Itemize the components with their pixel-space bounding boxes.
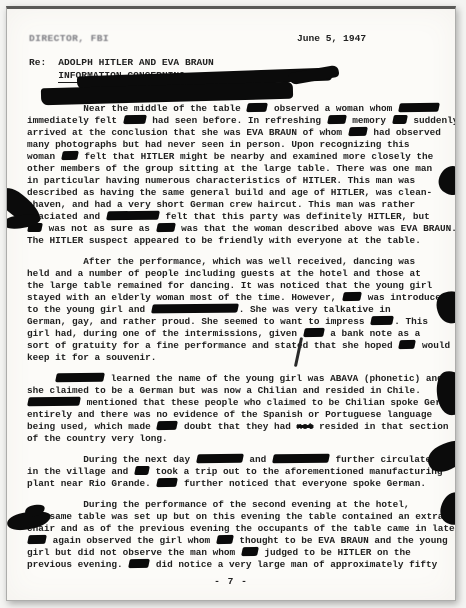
inline-redaction: [398, 340, 416, 349]
text-line: was not as sure as was that the woman de…: [27, 223, 451, 235]
text-line: she claimed to be a German but was now a…: [27, 385, 451, 397]
inline-redaction: [156, 223, 176, 232]
text-line: During the next day and further circulat…: [27, 454, 451, 466]
paragraph: During the performance of the second eve…: [27, 499, 451, 571]
text-line: being used, which made doubt that they h…: [27, 421, 451, 433]
text-line: emaciated and felt that this party was d…: [27, 211, 451, 223]
inline-redaction: [342, 292, 362, 301]
inline-redaction: [55, 373, 105, 383]
inline-redaction: [156, 478, 178, 487]
text-line: woman felt that HITLER might be nearby a…: [27, 151, 451, 163]
paragraph: After the performance, which was well re…: [27, 256, 451, 364]
text-line: in particular having numerous characteri…: [27, 175, 451, 187]
re-label: Re:: [29, 57, 46, 83]
text-line: After the performance, which was well re…: [27, 256, 451, 268]
paragraph: Near the middle of the table observed a …: [27, 103, 451, 247]
inline-redaction: [61, 151, 79, 160]
inline-redaction: [392, 115, 408, 124]
text-line: again observed the girl whom thought to …: [27, 535, 451, 547]
document-body: Near the middle of the table observed a …: [27, 103, 451, 580]
text-line: German, gay, and rather proud. She seeme…: [27, 316, 451, 328]
text-line: previous evening. did notice a very larg…: [27, 559, 451, 571]
inline-redaction: [370, 316, 394, 325]
date-line: June 5, 1947: [297, 33, 366, 44]
text-line: of the country very long.: [27, 433, 451, 445]
text-line: The HITLER suspect appeared to be friend…: [27, 235, 451, 247]
text-line: chair and as of the previous evening the…: [27, 523, 451, 535]
recipient-line: DIRECTOR, FBI: [29, 33, 109, 44]
inline-redaction: [327, 115, 347, 124]
text-line: described as having the same general bui…: [27, 187, 451, 199]
inline-redaction: [241, 547, 259, 556]
text-line: to the young girl and . She was very tal…: [27, 304, 451, 316]
text-line: immediately felt had seen before. In ref…: [27, 115, 451, 127]
text-line: keep it for a souvenir.: [27, 352, 451, 364]
text-line: During the performance of the second eve…: [27, 499, 451, 511]
text-line: held and a number of people including gu…: [27, 268, 451, 280]
inline-redaction: [348, 127, 368, 136]
inline-redaction: [303, 328, 325, 337]
inline-redaction: [196, 454, 244, 463]
text-line: many photographs but had never seen in p…: [27, 139, 451, 151]
text-line: mentioned that these people who claimed …: [27, 397, 451, 409]
struck-word: not: [297, 421, 314, 432]
inline-redaction: [27, 397, 81, 407]
inline-redaction: [156, 421, 178, 430]
text-line: girl but did not observe the man whom ju…: [27, 547, 451, 559]
page-number: - 7 -: [7, 576, 455, 587]
text-line: in the village and took a trip out to th…: [27, 466, 451, 478]
text-line: sort of gratuity for a fine performance …: [27, 340, 451, 352]
paragraph: learned the name of the young girl was A…: [27, 373, 451, 445]
text-line: entirely and there was no evidence of th…: [27, 409, 451, 421]
inline-redaction: [27, 535, 47, 544]
text-line: plant near Rio Grande. further noticed t…: [27, 478, 451, 490]
inline-redaction: [151, 304, 239, 314]
text-line: the large table remained for dancing. It…: [27, 280, 451, 292]
inline-redaction: [216, 535, 234, 544]
re-subject-line1: ADOLPH HITLER AND EVA BRAUN: [58, 57, 213, 70]
text-line: girl had, during one of the intermission…: [27, 328, 451, 340]
text-line: stayed with an elderly woman most of the…: [27, 292, 451, 304]
text-line: other members of the group sitting at th…: [27, 163, 451, 175]
text-line: the same table was set up but on this ev…: [27, 511, 451, 523]
text-line: shaven, and had a very short German crew…: [27, 199, 451, 211]
inline-redaction: [123, 115, 147, 124]
inline-redaction: [398, 103, 440, 112]
inline-redaction: [128, 559, 150, 568]
inline-redaction: [246, 103, 268, 112]
inline-redaction: [272, 454, 330, 464]
text-line: arrived at the conclusion that she was E…: [27, 127, 451, 139]
inline-redaction: [134, 466, 150, 475]
text-line: Near the middle of the table observed a …: [27, 103, 451, 115]
document-page: DIRECTOR, FBI June 5, 1947 Re: ADOLPH HI…: [6, 6, 456, 601]
text-line: learned the name of the young girl was A…: [27, 373, 451, 385]
inline-redaction: [106, 211, 160, 221]
paragraph: During the next day and further circulat…: [27, 454, 451, 490]
